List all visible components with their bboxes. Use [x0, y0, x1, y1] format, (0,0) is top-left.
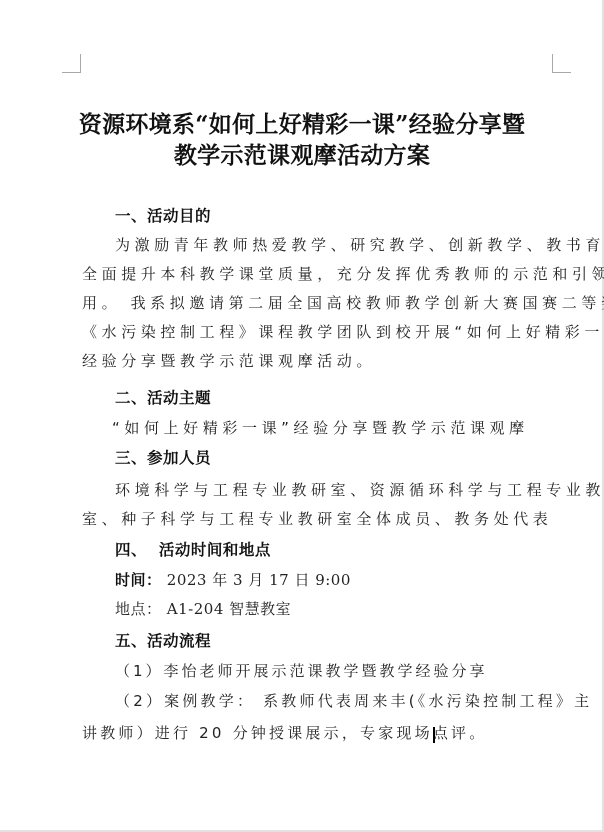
time-label: 时间： — [115, 571, 162, 589]
theme-text: “如何上好精彩一课”经验分享暨教学示范课观摩 — [112, 418, 558, 438]
place-label: 地点： — [115, 600, 162, 618]
top-right-margin-mark — [552, 54, 571, 73]
paragraph-line: 《水污染控制工程》课程教学团队到校开展“如何上好精彩一课” — [82, 322, 528, 342]
document-page: 资源环境系“如何上好精彩一课”经验分享暨 教学示范课观摩活动方案 一、活动目的 … — [0, 0, 604, 832]
time-row: 时间： 2023 年 3 月 17 日 9:00 — [115, 570, 561, 590]
top-left-margin-mark — [62, 54, 81, 73]
paragraph-line: 全面提升本科教学课堂质量，充分发挥优秀教师的示范和引领作 — [82, 264, 528, 284]
section-heading-theme: 二、活动主题 — [115, 388, 561, 408]
document-title-line-1: 资源环境系“如何上好精彩一课”经验分享暨 — [70, 110, 534, 140]
place-value: A1-204 智慧教室 — [167, 600, 291, 618]
section-heading-process: 五、活动流程 — [115, 631, 561, 651]
paragraph-line: 为激励青年教师热爱教学、研究教学、创新教学、教书育人， — [115, 235, 561, 255]
paragraph-line: 环境科学与工程专业教研室、资源循环科学与工程专业教研 — [115, 480, 561, 500]
paragraph-line: 用。 我系拟邀请第二届全国高校教师教学创新大赛国赛二等奖 — [82, 293, 528, 313]
process-step-1: （1）李怡老师开展示范课教学暨教学经验分享 — [115, 661, 561, 681]
section-heading-time-place: 四、 活动时间和地点 — [115, 540, 561, 560]
process-step-2-continued: 讲教师）进行 20 分钟授课展示，专家现场点评。 — [82, 723, 528, 743]
document-title-line-2: 教学示范课观摩活动方案 — [70, 141, 534, 171]
text-cursor — [433, 727, 435, 743]
paragraph-line: 经验分享暨教学示范课观摩活动。 — [82, 351, 528, 371]
section-heading-purpose: 一、活动目的 — [115, 206, 561, 226]
section-heading-participants: 三、参加人员 — [115, 448, 561, 468]
process-step-2: （2）案例教学： 系教师代表周来丰(《水污染控制工程》主 — [115, 691, 561, 711]
time-value: 2023 年 3 月 17 日 9:00 — [167, 571, 351, 589]
paragraph-line: 室、种子科学与工程专业教研室全体成员、教务处代表 — [82, 509, 528, 529]
place-row: 地点： A1-204 智慧教室 — [115, 599, 561, 619]
